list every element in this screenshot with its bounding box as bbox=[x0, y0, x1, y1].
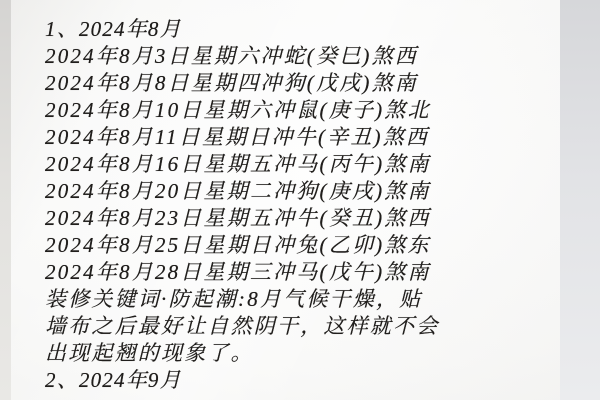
almanac-line: 2024年8月28日星期三冲马(戊午)煞南 bbox=[45, 259, 459, 286]
almanac-line: 2024年8月3日星期六冲蛇(癸巳)煞西 bbox=[45, 43, 459, 70]
almanac-line: 2024年8月16日星期五冲马(丙午)煞南 bbox=[45, 151, 459, 178]
left-edge-shade bbox=[0, 0, 11, 400]
right-edge-shade bbox=[560, 0, 600, 400]
tip-line: 墙布之后最好让自然阴干，这样就不会 bbox=[45, 313, 459, 340]
tip-line: 出现起翘的现象了。 bbox=[45, 340, 459, 367]
almanac-line: 2024年8月20日星期二冲狗(庚戌)煞南 bbox=[45, 178, 459, 205]
text-block: 1、2024年8月 2024年8月3日星期六冲蛇(癸巳)煞西 2024年8月8日… bbox=[45, 16, 459, 394]
section-2-heading: 2、2024年9月 bbox=[45, 367, 459, 394]
tip-line: 装修关键词·防起潮:8月气候干燥，贴 bbox=[45, 286, 459, 313]
almanac-line: 2024年8月25日星期日冲兔(乙卯)煞东 bbox=[45, 232, 459, 259]
section-1-heading: 1、2024年8月 bbox=[45, 16, 459, 43]
almanac-line: 2024年8月8日星期四冲狗(戊戌)煞南 bbox=[45, 70, 459, 97]
almanac-line: 2024年8月11日星期日冲牛(辛丑)煞西 bbox=[45, 124, 459, 151]
almanac-line: 2024年8月10日星期六冲鼠(庚子)煞北 bbox=[45, 97, 459, 124]
photographed-page: 1、2024年8月 2024年8月3日星期六冲蛇(癸巳)煞西 2024年8月8日… bbox=[0, 0, 600, 400]
almanac-line: 2024年8月23日星期五冲牛(癸丑)煞西 bbox=[45, 205, 459, 232]
